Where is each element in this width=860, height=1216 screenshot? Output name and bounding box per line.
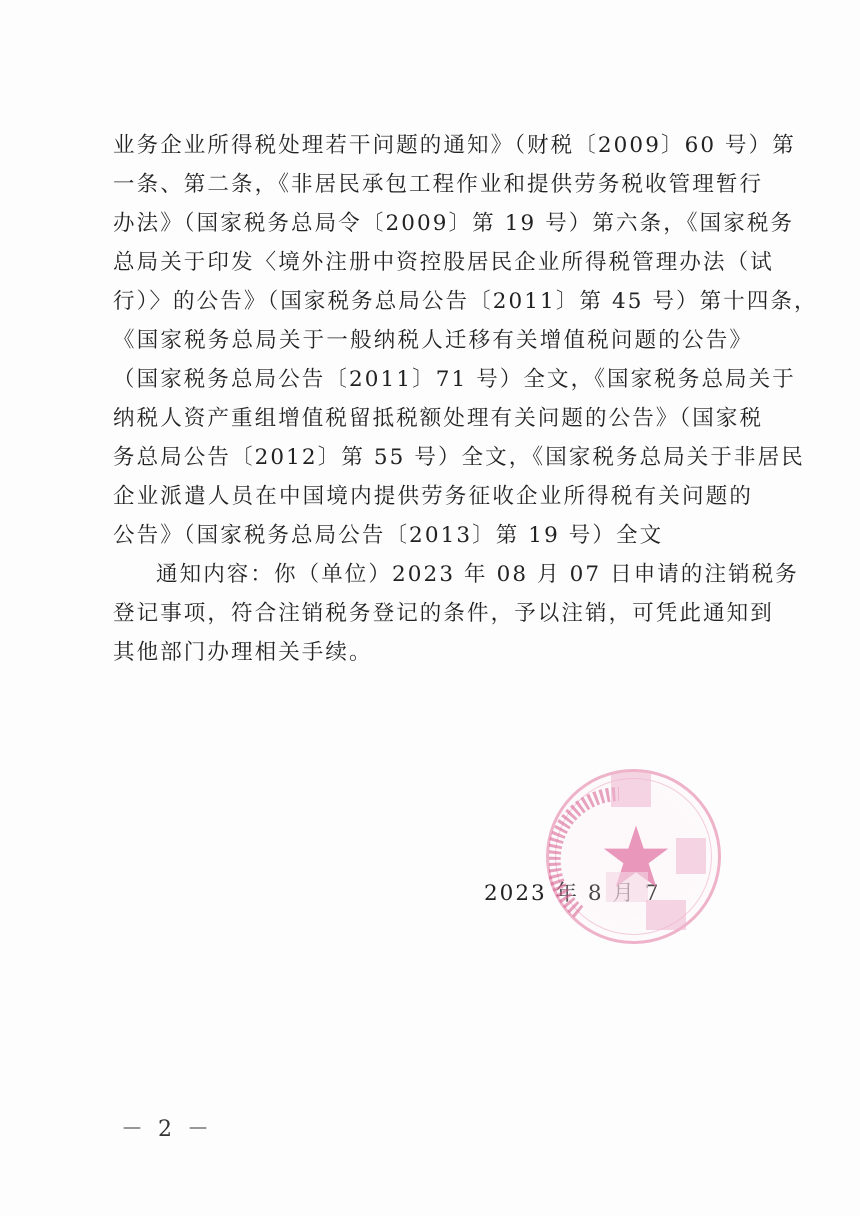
text-line: 公告》（国家税务总局公告〔2013〕第 19 号）全文 bbox=[113, 516, 753, 555]
notice-content-line: 登记事项，符合注销税务登记的条件，予以注销，可凭此通知到 bbox=[113, 594, 753, 633]
text-line: 业务企业所得税处理若干问题的通知》（财税〔2009〕60 号）第 bbox=[113, 126, 753, 165]
document-page: 业务企业所得税处理若干问题的通知》（财税〔2009〕60 号）第 一条、第二条，… bbox=[0, 0, 860, 1216]
redaction-block bbox=[676, 838, 706, 874]
text-line: 行）〉的公告》（国家税务总局公告〔2011〕第 45 号）第十四条， bbox=[113, 282, 753, 321]
text-line: 一条、第二条，《非居民承包工程作业和提供劳务税收管理暂行 bbox=[113, 165, 753, 204]
text-line: 纳税人资产重组增值税留抵税额处理有关问题的公告》（国家税 bbox=[113, 399, 753, 438]
text-line: 企业派遣人员在中国境内提供劳务征收企业所得税有关问题的 bbox=[113, 477, 753, 516]
document-body: 业务企业所得税处理若干问题的通知》（财税〔2009〕60 号）第 一条、第二条，… bbox=[113, 126, 753, 672]
page-number: － 2 － bbox=[121, 1112, 213, 1143]
text-line: （国家税务总局公告〔2011〕71 号）全文，《国家税务总局关于 bbox=[113, 360, 753, 399]
notice-content-line: 其他部门办理相关手续。 bbox=[113, 633, 753, 672]
text-line: 总局关于印发〈境外注册中资控股居民企业所得税管理办法（试 bbox=[113, 243, 753, 282]
text-line: 办法》（国家税务总局令〔2009〕第 19 号）第六条，《国家税务 bbox=[113, 204, 753, 243]
text-line: 务总局公告〔2012〕第 55 号）全文，《国家税务总局关于非居民 bbox=[113, 438, 753, 477]
redaction-block bbox=[611, 772, 651, 807]
text-line: 《国家税务总局关于一般纳税人迁移有关增值税问题的公告》 bbox=[113, 321, 753, 360]
redaction-block bbox=[606, 872, 648, 902]
notice-content-line: 通知内容：你（单位）2023 年 08 月 07 日申请的注销税务 bbox=[113, 555, 753, 594]
redaction-block bbox=[646, 900, 686, 930]
